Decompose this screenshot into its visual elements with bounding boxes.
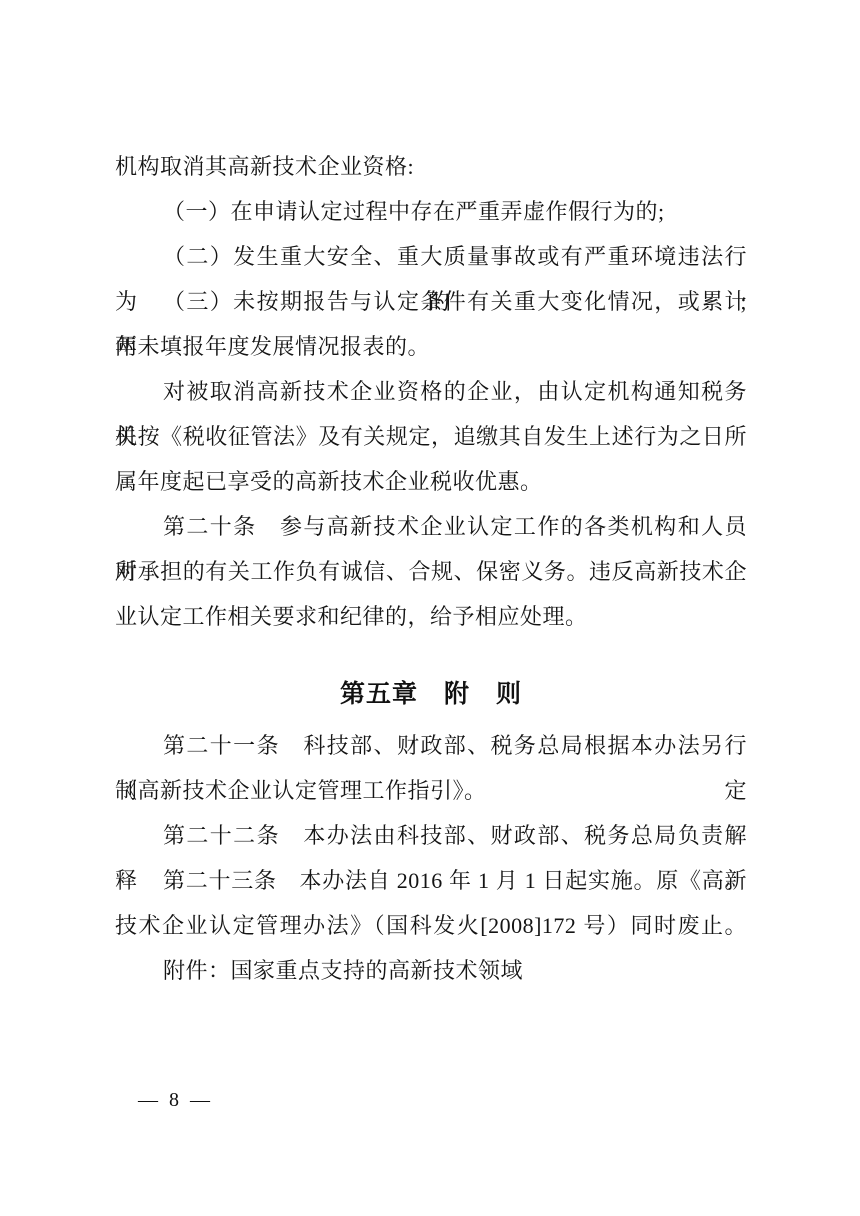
text-line: 关按《税收征管法》及有关规定，追缴其自发生上述行为之日所: [115, 414, 747, 459]
text-line: （三）未按期报告与认定条件有关重大变化情况，或累计两: [115, 279, 747, 324]
text-line: 第二十一条 科技部、财政部、税务总局根据本办法另行制定: [115, 723, 747, 768]
text-line: 第二十条 参与高新技术企业认定工作的各类机构和人员对: [115, 504, 747, 549]
text-line: 技术企业认定管理办法》（国科发火[2008]172 号）同时废止。: [115, 903, 747, 948]
text-line: 第二十二条 本办法由科技部、财政部、税务总局负责解释。: [115, 813, 747, 858]
final-provisions-text-block: 第二十一条 科技部、财政部、税务总局根据本办法另行制定《高新技术企业认定管理工作…: [115, 723, 747, 993]
text-line: 对被取消高新技术企业资格的企业，由认定机构通知税务机: [115, 369, 747, 414]
document-page: 机构取消其高新技术企业资格:（一）在申请认定过程中存在严重弄虚作假行为的;（二）…: [0, 0, 860, 1216]
text-line: （一）在申请认定过程中存在严重弄虚作假行为的;: [115, 189, 747, 234]
text-line: （二）发生重大安全、重大质量事故或有严重环境违法行为的;: [115, 234, 747, 279]
body-text-block: 机构取消其高新技术企业资格:（一）在申请认定过程中存在严重弄虚作假行为的;（二）…: [115, 144, 747, 639]
text-line: 业认定工作相关要求和纪律的，给予相应处理。: [115, 594, 747, 639]
text-line: 年未填报年度发展情况报表的。: [115, 324, 747, 369]
page-footer: — 8 —: [138, 1085, 213, 1115]
text-line: 附件：国家重点支持的高新技术领域: [115, 948, 747, 993]
text-line: 机构取消其高新技术企业资格:: [115, 144, 747, 189]
text-line: 属年度起已享受的高新技术企业税收优惠。: [115, 459, 747, 504]
chapter-heading: 第五章 附 则: [115, 672, 747, 717]
page-number: — 8 —: [138, 1089, 213, 1111]
text-line: 第二十三条 本办法自 2016 年 1 月 1 日起实施。原《高新: [115, 858, 747, 903]
text-line: 所承担的有关工作负有诚信、合规、保密义务。违反高新技术企: [115, 549, 747, 594]
